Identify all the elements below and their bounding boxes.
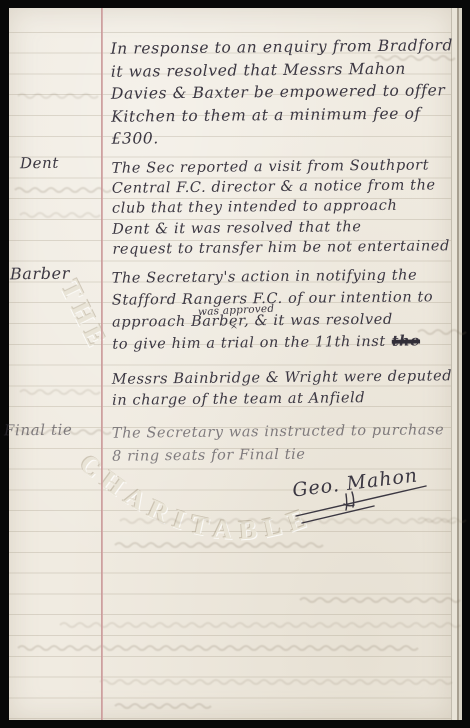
minute-entry-bradford: In response to an enquiry from Bradford …	[110, 34, 454, 151]
minute-entry-dent: The Sec reported a visit from Southport …	[111, 155, 450, 260]
entry-line: 8 ring seats for Final tie	[112, 442, 445, 468]
entry-line-text: to give him a trial on the 11th inst	[112, 334, 386, 353]
entry-line: request to transfer him be not entertain…	[112, 236, 450, 260]
struck-out-word: the	[386, 332, 420, 349]
margin-note-dent: Dent	[20, 154, 59, 172]
margin-note-final-tie: Final tie	[4, 421, 73, 440]
minute-entry-barber: The Secretary's action in notifying the …	[112, 264, 434, 355]
margin-note-barber: Barber	[10, 264, 70, 284]
entry-line: in charge of the team at Anfield	[112, 387, 452, 412]
entry-line: £300.	[111, 125, 454, 151]
signature-flourish	[280, 468, 440, 538]
page-edge	[459, 8, 462, 720]
margin-rule	[101, 8, 103, 720]
entry-line: to give him a trial on the 11th instthe	[112, 330, 434, 355]
entry-line: The Secretary was instructed to purchase	[112, 419, 445, 445]
minute-entry-anfield: Messrs Bainbridge & Wright were deputed …	[112, 366, 453, 412]
interline-insertion: was approved	[198, 298, 275, 323]
minute-book-photo: THE CHARITABLE In response to an enquiry…	[0, 0, 470, 728]
minute-entry-final-tie: The Secretary was instructed to purchase…	[112, 419, 445, 468]
